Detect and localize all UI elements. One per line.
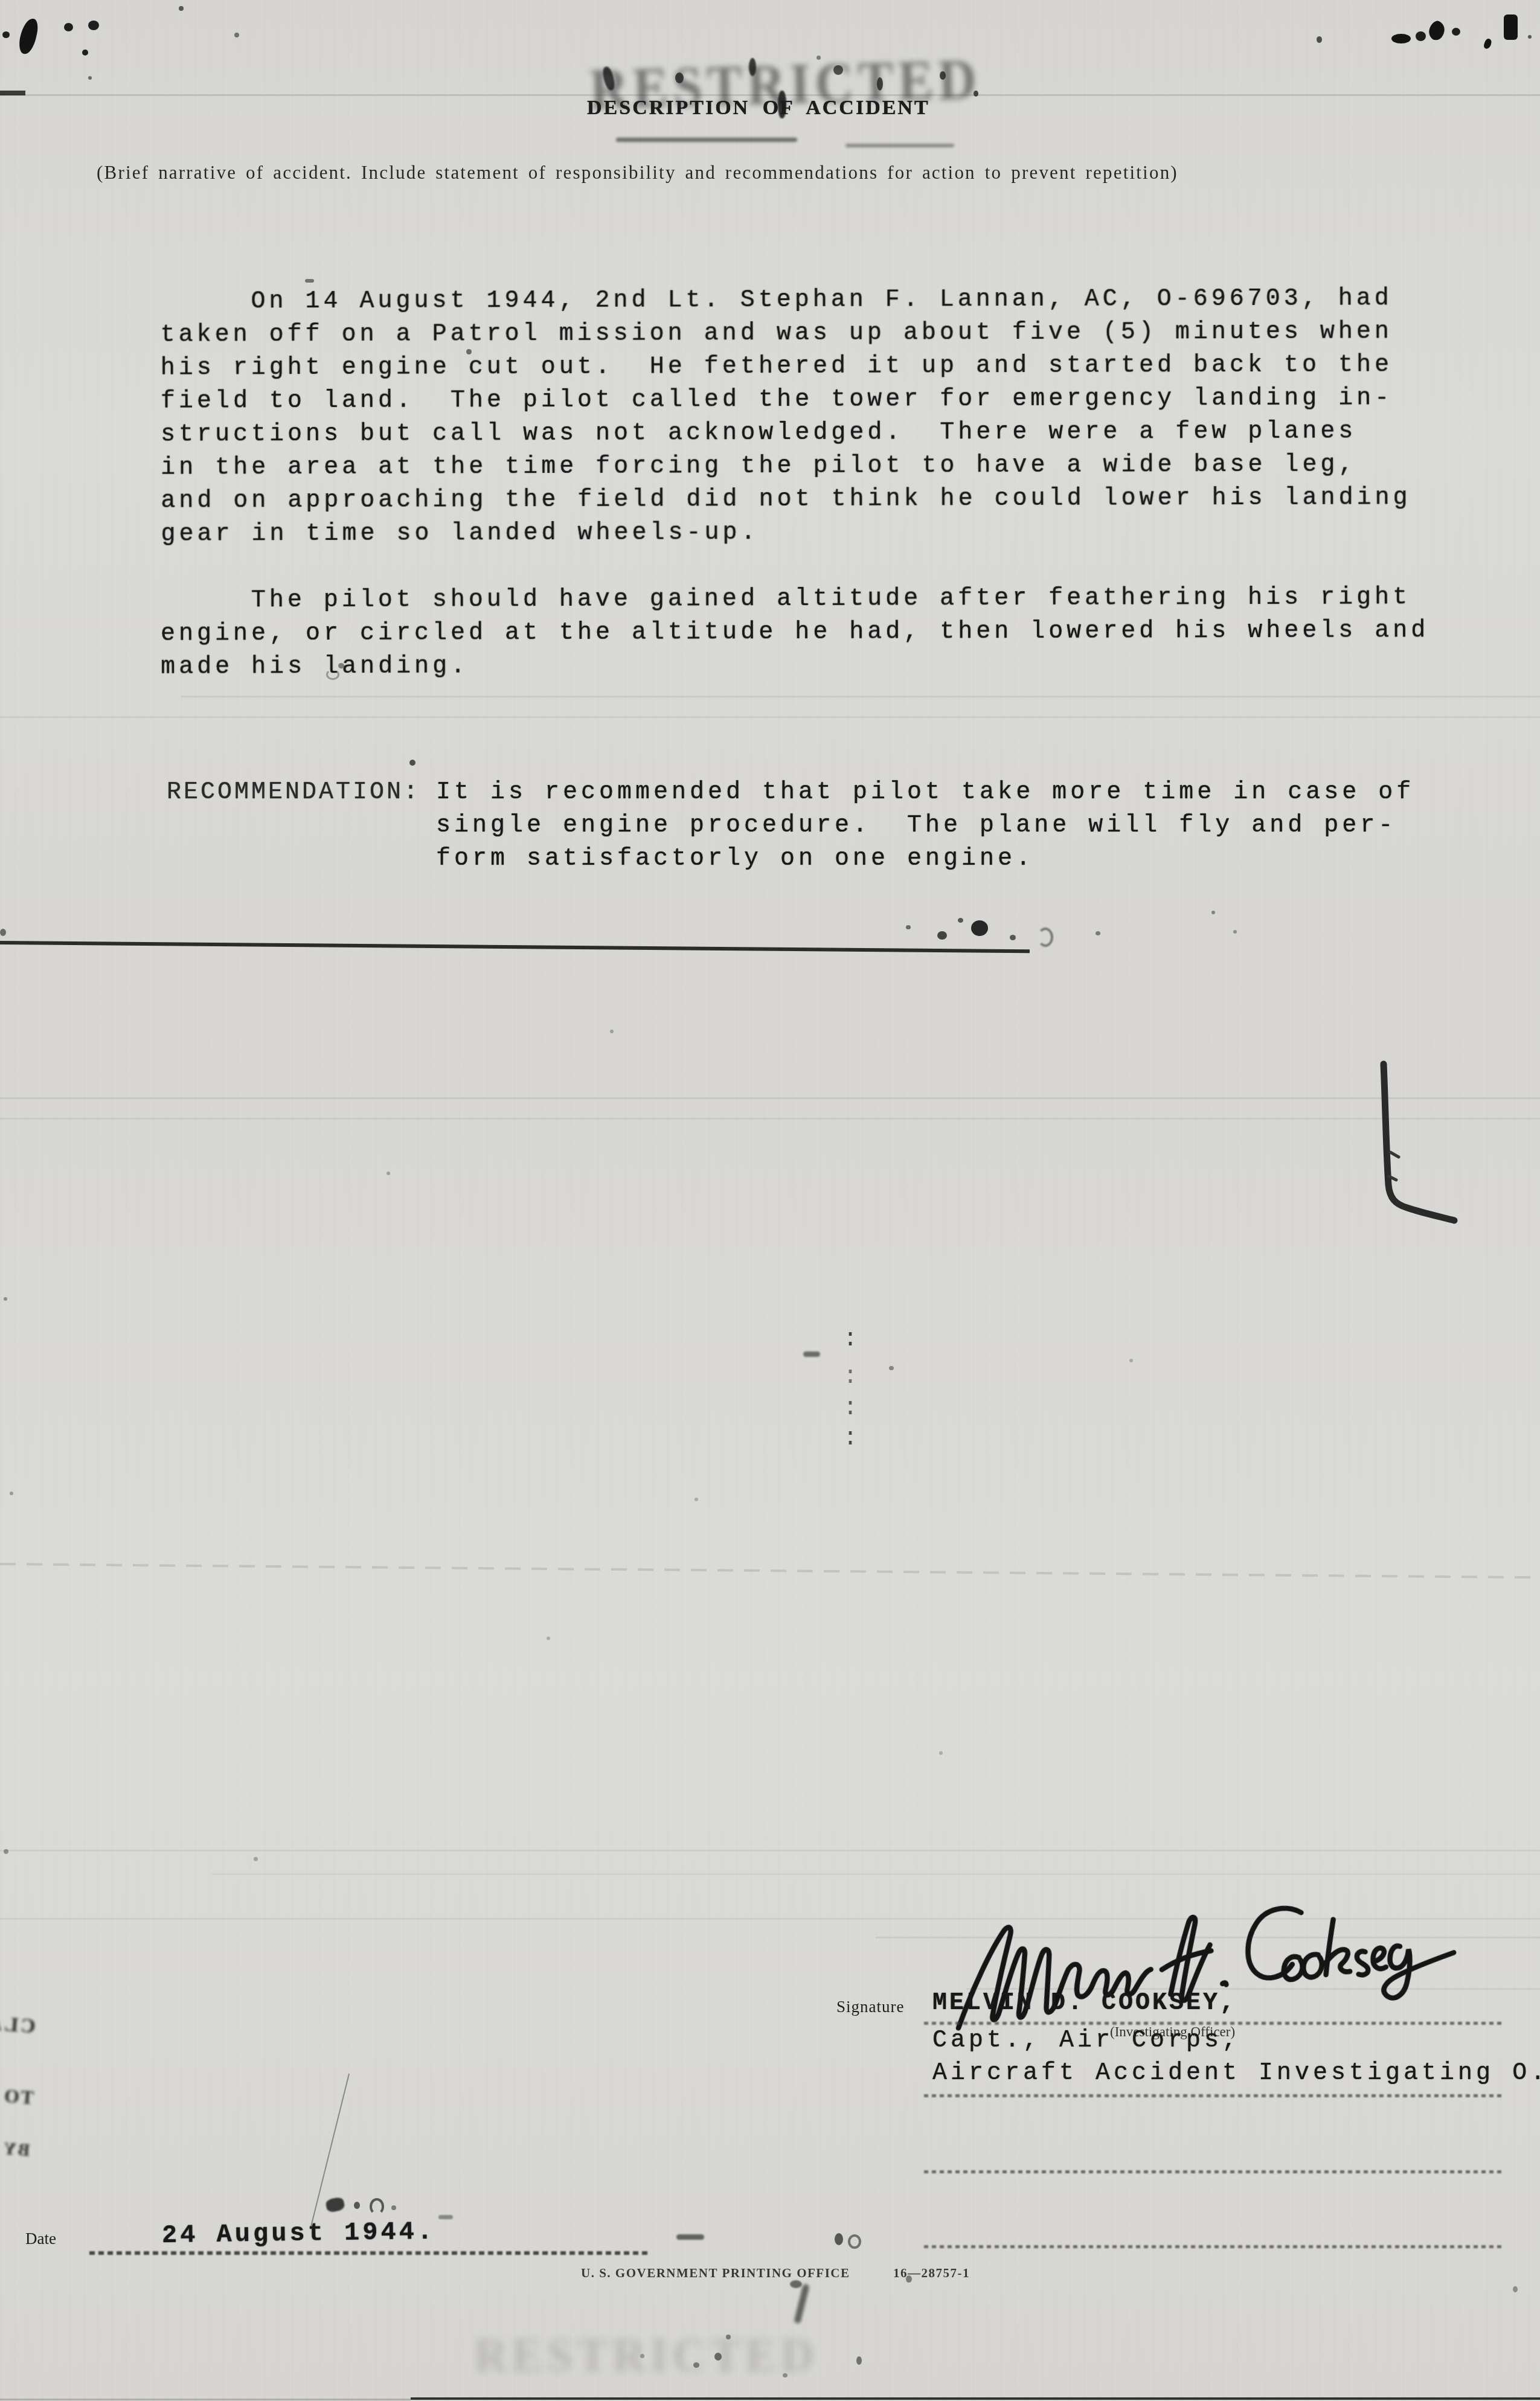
ink-blot (88, 76, 92, 80)
ink-blot (1528, 35, 1532, 39)
ink-smear (676, 2234, 704, 2240)
ink-blot (958, 918, 963, 923)
narrative-line: in the area at the time forcing the pilo… (161, 448, 1411, 484)
narrative-line: field to land. The pilot called the towe… (161, 382, 1411, 418)
narrative-line: his right engine cut out. He fethered it… (161, 348, 1411, 385)
paper-speck (1129, 1359, 1133, 1362)
ink-blot (64, 23, 73, 31)
scan-streak (0, 716, 1540, 718)
paper-speck (387, 1172, 390, 1175)
gpo-form-number: 16—28757-1 (893, 2266, 970, 2280)
ink-blot (82, 50, 88, 56)
ink-blot (877, 77, 883, 91)
signature-org-line: Aircraft Accident Investigating O. (932, 2057, 1540, 2090)
ink-blot (971, 920, 988, 936)
ink-blot (88, 21, 99, 30)
ink-blot (889, 1366, 894, 1370)
signature-ruling-line (924, 2094, 1504, 2097)
ink-blot (783, 2373, 788, 2377)
opinion-line: made his landing. (161, 647, 1429, 684)
narrative-line: taken off on a Patrol mission and was up… (161, 315, 1411, 351)
ink-blot (1504, 14, 1518, 40)
paper-speck (610, 1030, 614, 1033)
ink-blot (1391, 34, 1411, 43)
ink-blot (726, 2335, 731, 2339)
scan-streak (181, 696, 1540, 697)
ink-blot (2, 31, 10, 38)
paper-speck (695, 1498, 698, 1501)
paper-speck (939, 1751, 943, 1755)
narrative-line: and on approaching the field did not thi… (161, 481, 1411, 518)
opinion-line: The pilot should have gained altitude af… (161, 581, 1429, 617)
scan-streak (0, 1563, 1540, 1579)
ink-blot (675, 72, 684, 83)
signature-label: Signature (836, 1998, 904, 2016)
scan-streak (211, 1873, 1540, 1875)
classification-stamp-authority-label: BY AUTHORITY OF (0, 2127, 30, 2161)
colon-artifact: : (843, 1425, 858, 1452)
paper-speck (466, 349, 472, 354)
scan-streak (0, 1097, 1540, 1099)
colon-artifact: : (843, 1326, 858, 1353)
classification-stamp-to-label: TO (2, 2085, 34, 2109)
ink-blot (906, 925, 911, 929)
ink-blot (693, 2362, 699, 2368)
bottom-edge-line (0, 2399, 411, 2400)
recommendation-line: single engine procedure. The plane will … (436, 809, 1414, 842)
ink-blot (1096, 931, 1100, 935)
ink-blot (833, 65, 843, 75)
opinion-paragraph: The pilot should have gained altitude af… (161, 581, 1429, 684)
paper-speck (326, 669, 339, 680)
ink-blot (848, 2234, 861, 2249)
ink-smear (845, 144, 954, 147)
ink-blot (974, 91, 978, 97)
gpo-printer-text: U. S. GOVERNMENT PRINTING OFFICE (581, 2266, 850, 2280)
date-value: 24 August 1944. (162, 2216, 436, 2252)
paper-speck (10, 1492, 13, 1495)
paper-speck (4, 1297, 7, 1301)
paper-speck (0, 929, 6, 936)
scan-streak (0, 1850, 1540, 1851)
ink-blot (749, 58, 756, 76)
ink-smear (803, 1351, 820, 1357)
ink-trail (794, 2284, 810, 2324)
ink-blot (835, 2233, 843, 2245)
ink-blot (234, 33, 239, 37)
ink-blot (1233, 930, 1237, 934)
form-instruction: (Brief narrative of accident. Include st… (97, 162, 1178, 184)
recommendation-line: form satisfactorly on one engine. (436, 842, 1414, 876)
ink-blot (370, 2198, 384, 2215)
ink-blot (1483, 38, 1493, 50)
paper-speck (547, 1636, 550, 1640)
ink-blot (1425, 19, 1448, 43)
section-rule (0, 941, 1030, 953)
narrative-line: structions but call was not acknowledged… (161, 415, 1411, 451)
bottom-edge-line (411, 2397, 1540, 2400)
ink-smear (438, 2215, 453, 2219)
ink-blot (391, 2205, 396, 2210)
colon-artifact: : (843, 1395, 858, 1422)
ink-blot (1038, 928, 1053, 947)
ink-blot (790, 2280, 802, 2288)
scan-streak (0, 1118, 1540, 1120)
ink-blot (17, 17, 40, 56)
opinion-line: engine, or circled at the altitude he ha… (161, 614, 1429, 650)
ink-blot (354, 2202, 360, 2209)
paper-speck (305, 279, 314, 283)
paper-speck (338, 663, 344, 668)
ink-blot (1211, 911, 1215, 914)
recommendation-paragraph: It is recommended that pilot take more t… (436, 776, 1414, 876)
classification-stamp-mirrored: CLASSIFICATION CANCELLED OR CHANGED. TO … (0, 1970, 40, 2233)
signature-ruling-line (924, 2245, 1504, 2248)
ink-blot (640, 2354, 644, 2358)
ink-smear (325, 2196, 345, 2213)
ink-blot (714, 2353, 722, 2361)
ink-blot (1452, 28, 1460, 36)
ink-blot (937, 931, 947, 940)
ink-blot (1010, 935, 1016, 940)
ink-blot (179, 6, 184, 11)
ink-blot (940, 71, 946, 80)
paper-speck (254, 1857, 258, 1861)
ink-blot (1317, 36, 1322, 43)
restricted-stamp-ghost-bottom: RESTRICTED (474, 2329, 818, 2383)
scanned-accident-report-page: RESTRICTED DESCRIPTION OF ACCIDENT (Brie… (0, 0, 1540, 2401)
signature-ruling-line (924, 2170, 1504, 2173)
signature-rank-line: Capt., Air Corps, (932, 2024, 1240, 2057)
narrative-line: On 14 August 1944, 2nd Lt. Stephan F. La… (160, 282, 1410, 318)
date-label: Date (25, 2229, 56, 2248)
ink-smear (616, 138, 797, 142)
typed-signature-name: MELVIN D. COOKSEY, (932, 1987, 1237, 2020)
page-title: DESCRIPTION OF ACCIDENT (587, 97, 930, 120)
paper-speck (4, 1849, 8, 1854)
paper-speck (1513, 2286, 1518, 2292)
paper-speck (409, 760, 415, 766)
recommendation-label: RECOMMENDATION: (167, 776, 420, 809)
pen-mark (1359, 1051, 1492, 1244)
ink-blot (1416, 31, 1426, 41)
paper-speck (817, 56, 821, 60)
recommendation-line: It is recommended that pilot take more t… (436, 776, 1414, 809)
colon-artifact: : (843, 1364, 858, 1391)
edge-mark (0, 91, 25, 95)
paper-speck (906, 2275, 912, 2283)
narrative-line: gear in time so landed wheels-up. (161, 514, 1411, 551)
narrative-paragraph: On 14 August 1944, 2nd Lt. Stephan F. La… (160, 282, 1411, 551)
ink-blot (856, 2356, 862, 2365)
classification-stamp-line1: CLASSIFICATION CANCELLED OR CHANGED. (0, 1975, 36, 2039)
